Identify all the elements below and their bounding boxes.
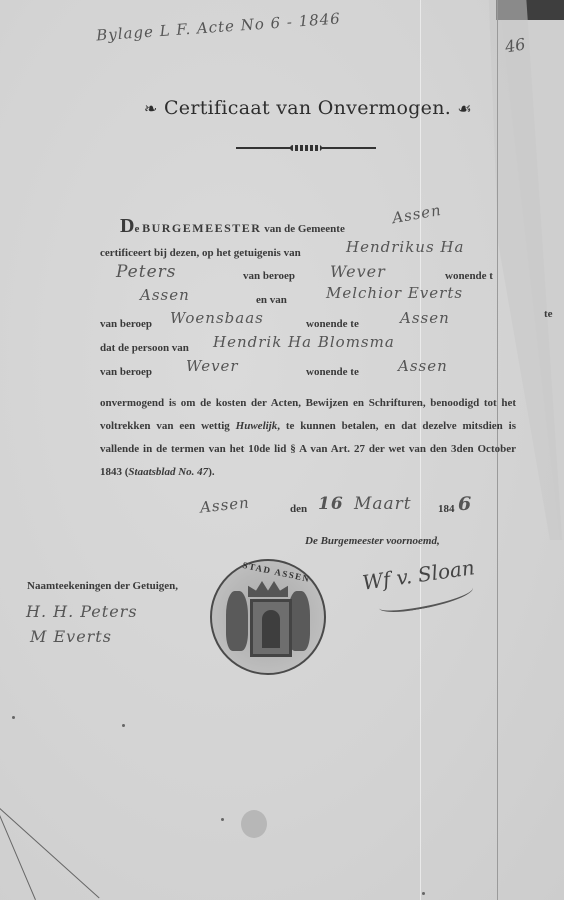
witness2-residing-label: wonende te xyxy=(306,318,359,330)
witness2-residence: Assen xyxy=(400,309,450,327)
marriage-word: Huwelijk xyxy=(236,420,278,432)
witness1-residing-label: wonende t xyxy=(445,270,493,282)
back-sheet-text: te xyxy=(544,308,553,320)
den-label: den xyxy=(290,503,307,515)
reference-annotation: Bylage L F. Acte No 6 - 1846 xyxy=(96,9,342,44)
witness-signature-1: H. H. Peters xyxy=(26,602,138,621)
mayor-signoff: De Burgemeester voornoemd, xyxy=(305,535,440,547)
drop-letter: D xyxy=(120,215,134,237)
paper-stain xyxy=(241,810,267,838)
municipality-value: Assen xyxy=(391,201,443,227)
witness2-occupation-label: van beroep xyxy=(100,318,152,330)
flourish-right-icon: ☙ xyxy=(457,99,472,118)
date-place: Assen xyxy=(199,493,250,516)
gazette-reference: Staatsblad No. 47 xyxy=(128,466,208,478)
and-label: en van xyxy=(256,294,287,306)
speck xyxy=(122,724,125,727)
date-day: 16 xyxy=(318,494,344,514)
gate-shield-icon xyxy=(250,599,292,657)
witness2-occupation: Woensbaas xyxy=(170,309,264,327)
document-page: Bylage L F. Acte No 6 - 1846 46 ❧ Certif… xyxy=(0,0,564,900)
witness1-occupation: Wever xyxy=(330,262,386,281)
speck xyxy=(422,892,425,895)
title-text: Certificaat van Onvermogen. xyxy=(164,97,451,119)
certifies-label: certificeert bij dezen, op het getuigeni… xyxy=(100,247,301,259)
mayor-heading: De BURGEMEESTER van de Gemeente xyxy=(120,215,345,238)
witness1-name-part1: Hendrikus Ha xyxy=(346,238,464,256)
person-label: dat de persoon van xyxy=(100,342,189,354)
seal-text: STAD ASSEN xyxy=(242,560,312,584)
person-occupation-label: van beroep xyxy=(100,366,152,378)
person-name: Hendrik Ha Blomsma xyxy=(213,333,395,351)
witness-signature-2: M Everts xyxy=(30,627,112,646)
body-part3: ). xyxy=(208,466,214,478)
witness2-name: Melchior Everts xyxy=(326,284,463,302)
lion-left-icon xyxy=(226,591,248,651)
drop-letter-rest: e xyxy=(134,223,139,235)
certificate-body: onvermogend is om de kosten der Acten, B… xyxy=(100,392,516,484)
flourish-left-icon: ❧ xyxy=(144,99,158,118)
person-residence: Assen xyxy=(398,357,448,375)
crown-icon xyxy=(248,581,288,597)
date-month: Maart xyxy=(354,494,412,514)
person-occupation: Wever xyxy=(186,357,239,375)
mayor-title: BURGEMEESTER xyxy=(142,221,261,235)
witness1-residence: Assen xyxy=(140,286,190,304)
municipality-label: van de Gemeente xyxy=(264,223,345,235)
title-ornament-rule xyxy=(236,147,376,149)
certificate-title: ❧ Certificaat van Onvermogen. ☙ xyxy=(138,97,478,119)
witness1-name-part2: Peters xyxy=(116,262,176,282)
witnesses-label: Naamteekeningen der Getuigen, xyxy=(27,580,178,592)
date-year-printed: 184 xyxy=(438,503,455,515)
date-year-handwritten: 6 xyxy=(458,493,472,515)
city-seal: STAD ASSEN xyxy=(210,559,326,675)
speck xyxy=(221,818,224,821)
person-residing-label: wonende te xyxy=(306,366,359,378)
witness1-occupation-label: van beroep xyxy=(243,270,295,282)
speck xyxy=(12,716,15,719)
back-sheet-annotation: 46 xyxy=(504,34,527,56)
corner-fold-edge xyxy=(0,815,36,900)
